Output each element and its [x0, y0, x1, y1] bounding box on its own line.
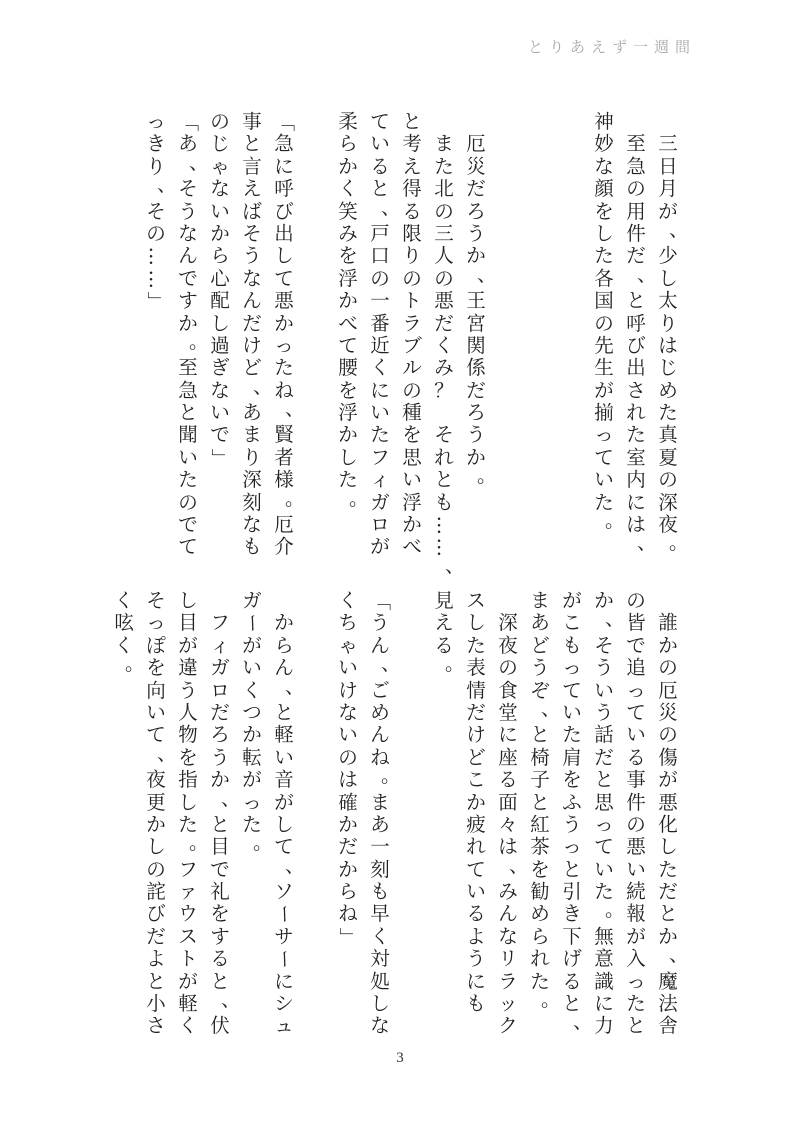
text-column: 深夜の食堂に座る面々は、みんなリラック: [495, 590, 521, 1038]
text-column: 「うん、ごめんね。まあ一刻も早く対処しな: [367, 590, 393, 1038]
text-column: 誰かの厄災の傷が悪化しただとか、魔法舎: [655, 590, 681, 1038]
text-column: ガーがいくつか転がった。: [239, 590, 265, 859]
text-column: からん、と軽い音がして、ソーサーにシュ: [271, 590, 297, 1038]
running-header: とりあえず一週間: [528, 36, 696, 57]
page-number: 3: [0, 1050, 800, 1067]
text-column: 事と言えばそうなんだけど、あまり深刻なも: [239, 111, 265, 559]
text-column: か、そういう話だと思っていた。無意識に力: [591, 590, 617, 1038]
text-column: の皆で追っている事件の悪い続報が入ったと: [623, 590, 649, 1038]
text-column: し目が違う人物を指した。ファウストが軽く: [175, 590, 201, 1038]
text-column: 三日月が、少し太りはじめた真夏の深夜。: [655, 111, 681, 559]
text-column: 厄災だろうか、王宮関係だろうか。: [463, 111, 489, 492]
text-column: がこもっていた肩をふうっと引き下げると、: [559, 590, 585, 1038]
text-column: っきり、その……」: [143, 111, 169, 313]
text-column: 神妙な顔をした各国の先生が揃っていた。: [591, 111, 617, 536]
text-column: スした表情だけどこか疲れているようにも: [463, 590, 489, 1015]
text-column: く呟く。: [111, 590, 137, 680]
text-column: 見える。: [431, 590, 457, 680]
text-column: また北の三人の悪だくみ？ それとも……、: [431, 111, 457, 581]
text-column: そっぽを向いて、夜更かしの詫びだよと小さ: [143, 590, 169, 1038]
text-column: くちゃいけないのは確かだからね」: [335, 590, 361, 948]
text-column: フィガロだろうか、と目で礼をすると、伏: [207, 590, 233, 1038]
text-column: ていると、戸口の一番近くにいたフィガロが: [367, 111, 393, 559]
text-column: まあどうぞ、と椅子と紅茶を勧められた。: [527, 590, 553, 1015]
text-column: 至急の用件だ、と呼び出された室内には、: [623, 111, 649, 559]
text-column: 柔らかく笑みを浮かべて腰を浮かした。: [335, 111, 361, 514]
text-column: のじゃないから心配し過ぎないで」: [207, 111, 233, 469]
text-column: 「急に呼び出して悪かったね、賢者様。厄介: [271, 111, 297, 559]
text-column: 「あ、そうなんですか。至急と聞いたのでて: [175, 111, 201, 559]
text-column: と考え得る限りのトラブルの種を思い浮かべ: [399, 111, 425, 559]
